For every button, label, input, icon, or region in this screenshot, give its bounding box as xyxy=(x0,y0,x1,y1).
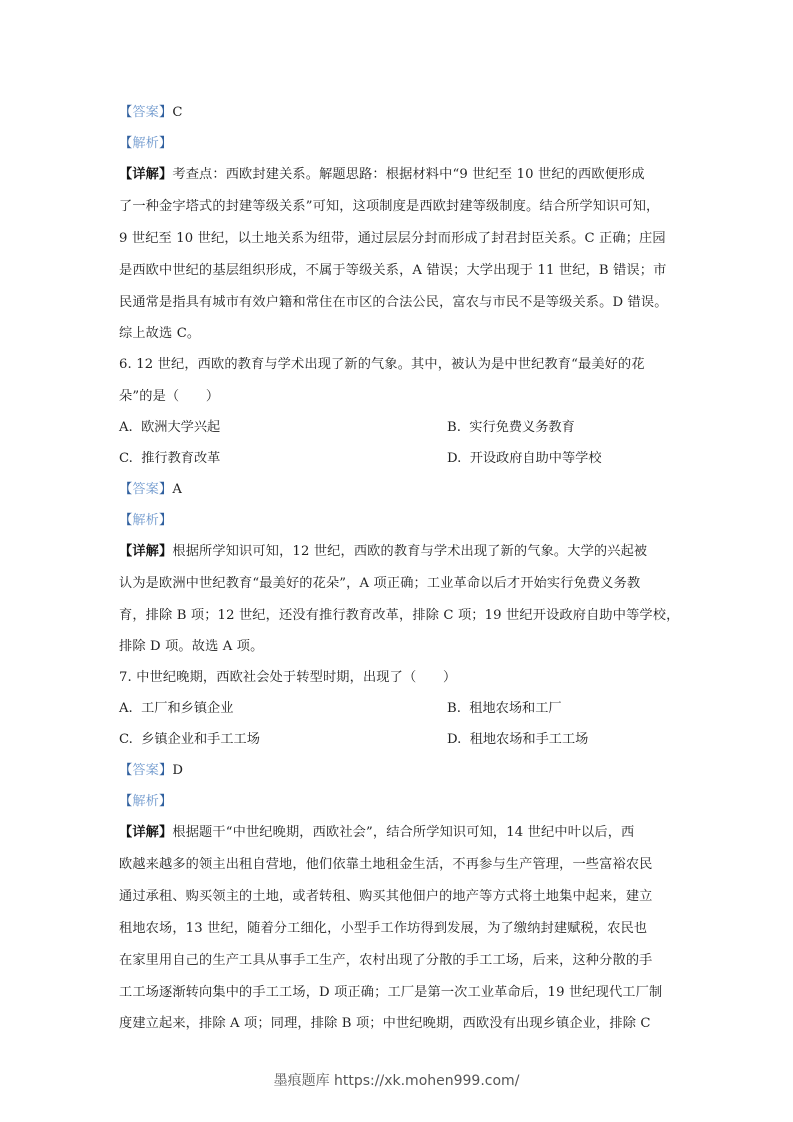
detail-line: 【详解】根据题干“中世纪晚期，西欧社会”，结合所学知识可知，14 世纪中叶以后，… xyxy=(119,824,679,842)
detail-line: 排除 D 项。故选 A 项。 xyxy=(119,638,679,656)
answer-line: 【答案】A xyxy=(119,481,679,499)
detail-line: 民通常是指具有城市有效户籍和常住在市区的合法公民，富农与市民不是等级关系。D 错… xyxy=(119,294,679,312)
analysis-line: 【解析】 xyxy=(119,135,679,153)
detail-line: 工工场逐渐转向集中的手工工场，D 项正确；工厂是第一次工业革命后，19 世纪现代… xyxy=(119,984,679,1002)
detail-line: 【详解】根据所学知识可知，12 世纪，西欧的教育与学术出现了新的气象。大学的兴起… xyxy=(119,543,679,561)
question-7-stem: 7. 中世纪晚期，西欧社会处于转型时期，出现了（ ） xyxy=(119,669,679,687)
detail-line: 育，排除 B 项；12 世纪，还没有推行教育改革，排除 C 项；19 世纪开设政… xyxy=(119,607,679,625)
answer-value: C xyxy=(172,105,182,120)
detail-tag: 【详解】 xyxy=(119,825,172,840)
question-6-option-c: C. 推行教育改革 xyxy=(119,450,220,468)
answer-value: A xyxy=(172,482,182,497)
answer-line: 【答案】D xyxy=(119,762,679,780)
question-7-option-c: C. 乡镇企业和手工工场 xyxy=(119,731,260,749)
analysis-tag: 【解析】 xyxy=(119,513,172,528)
question-6-stem: 6. 12 世纪，西欧的教育与学术出现了新的气象。其中，被认为是中世纪教育“最美… xyxy=(119,356,679,374)
question-6-option-a: A. 欧洲大学兴起 xyxy=(119,419,220,437)
question-7-option-a: A. 工厂和乡镇企业 xyxy=(119,700,233,718)
document-page: 【答案】C 【解析】 【详解】考查点：西欧封建关系。解题思路：根据材料中“9 世… xyxy=(0,0,793,1122)
detail-line: 综上故选 C。 xyxy=(119,325,679,343)
detail-line: 租地农场，13 世纪，随着分工细化，小型手工作坊得到发展，为了缴纳封建赋税，农民… xyxy=(119,920,679,938)
detail-line: 【详解】考查点：西欧封建关系。解题思路：根据材料中“9 世纪至 10 世纪的西欧… xyxy=(119,166,679,184)
answer-line: 【答案】C xyxy=(119,104,679,122)
analysis-line: 【解析】 xyxy=(119,512,679,530)
question-7-option-d: D. 租地农场和手工工场 xyxy=(447,731,588,749)
answer-tag: 【答案】 xyxy=(119,482,172,497)
answer-value: D xyxy=(172,763,183,778)
analysis-tag: 【解析】 xyxy=(119,136,172,151)
footer-watermark: 墨痕题库 https://xk.mohen999.com/ xyxy=(0,1070,793,1090)
question-7-option-b: B. 租地农场和工厂 xyxy=(447,700,562,718)
detail-line: 认为是欧洲中世纪教育“最美好的花朵”，A 项正确；工业革命以后才开始实行免费义务… xyxy=(119,575,679,593)
analysis-tag: 【解析】 xyxy=(119,794,172,809)
analysis-line: 【解析】 xyxy=(119,793,679,811)
detail-line: 了一种金字塔式的封建等级关系”可知，这项制度是西欧封建等级制度。结合所学知识可知… xyxy=(119,198,679,216)
question-6-stem: 朵”的是（ ） xyxy=(119,388,679,406)
detail-tag: 【详解】 xyxy=(119,544,172,559)
detail-line: 9 世纪至 10 世纪，以土地关系为纽带，通过层层分封而形成了封君封臣关系。C … xyxy=(119,230,679,248)
detail-line: 通过承租、购买领主的土地，或者转租、购买其他佃户的地产等方式将土地集中起来，建立 xyxy=(119,888,679,906)
detail-line: 欧越来越多的领主出租自营地，他们依靠土地租金生活，不再参与生产管理，一些富裕农民 xyxy=(119,856,679,874)
answer-tag: 【答案】 xyxy=(119,105,172,120)
question-6-option-b: B. 实行免费义务教育 xyxy=(447,419,575,437)
question-6-option-d: D. 开设政府自助中等学校 xyxy=(447,450,602,468)
answer-tag: 【答案】 xyxy=(119,763,172,778)
detail-line: 在家里用自己的生产工具从事手工生产，农村出现了分散的手工工场，后来，这种分散的手 xyxy=(119,952,679,970)
detail-tag: 【详解】 xyxy=(119,167,172,182)
detail-line: 是西欧中世纪的基层组织形成，不属于等级关系，A 错误；大学出现于 11 世纪，B… xyxy=(119,262,679,280)
detail-line: 度建立起来，排除 A 项；同理，排除 B 项；中世纪晚期，西欧没有出现乡镇企业，… xyxy=(119,1015,679,1033)
